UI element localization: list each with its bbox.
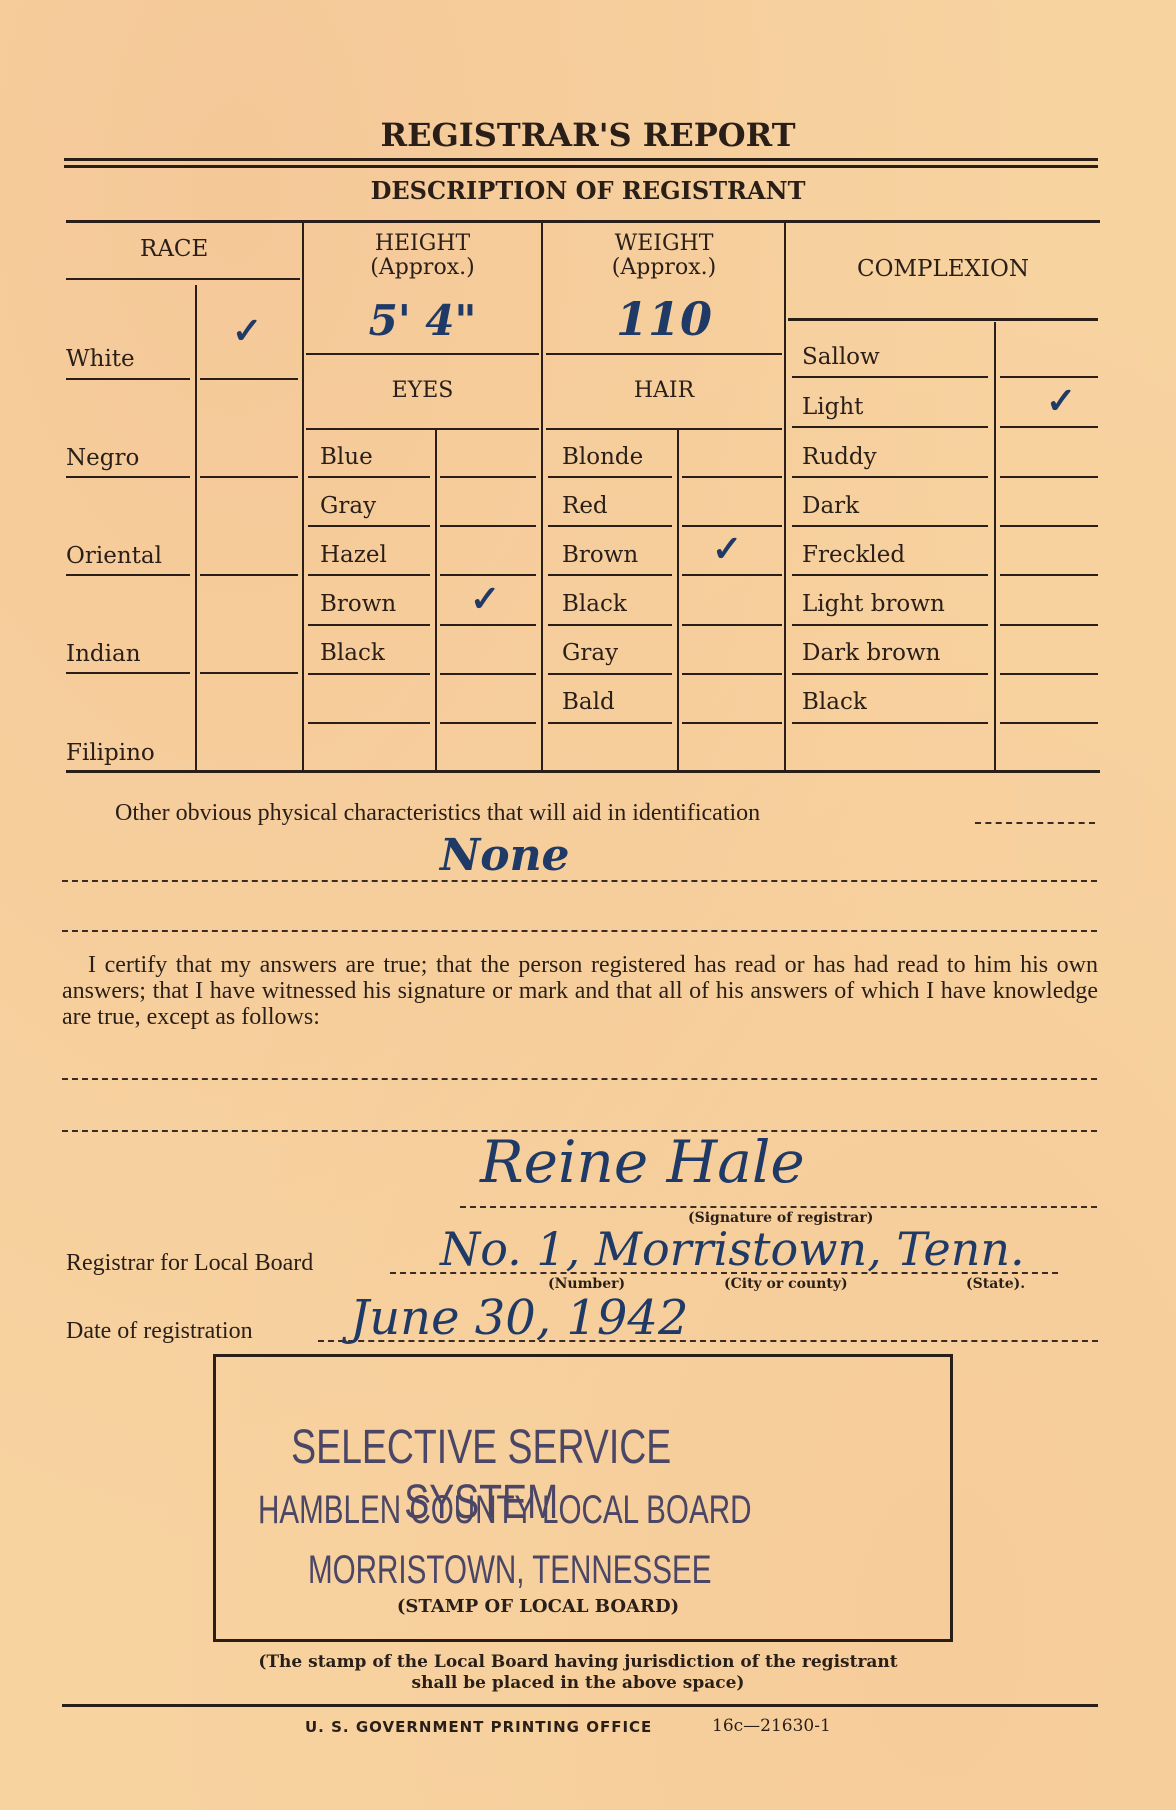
stamp-note-line-2: shall be placed in the above space) — [0, 1673, 1156, 1694]
stamp-line-2: HAMBLEN COUNTY LOCAL BOARD — [258, 1488, 776, 1533]
complexion-light-checkmark: ✓ — [1046, 380, 1076, 422]
hair-option-blonde: Blonde — [562, 444, 643, 470]
hair-option-bald: Bald — [562, 689, 615, 715]
date-label: Date of registration — [66, 1318, 253, 1344]
race-option-indian: Indian — [66, 641, 141, 667]
weight-approx: (Approx.) — [546, 256, 782, 280]
race-white-checkmark: ✓ — [232, 310, 262, 352]
local-board-value: No. 1, Morristown, Tenn. — [440, 1222, 1025, 1276]
race-option-white: White — [66, 346, 135, 372]
complexion-option-dark-brown: Dark brown — [802, 640, 940, 666]
stamp-note-line-1: (The stamp of the Local Board having jur… — [0, 1652, 1156, 1673]
date-value: June 30, 1942 — [350, 1290, 688, 1346]
eyes-option-black: Black — [320, 640, 385, 666]
complexion-option-black: Black — [802, 689, 867, 715]
complexion-option-sallow: Sallow — [802, 344, 880, 370]
other-line-2 — [62, 930, 1097, 932]
certification-text: I certify that my answers are true; that… — [62, 952, 1098, 1030]
height-approx: (Approx.) — [306, 256, 539, 280]
eyes-brown-checkmark: ✓ — [470, 578, 500, 620]
hair-option-brown: Brown — [562, 542, 638, 568]
eyes-heading: EYES — [306, 378, 539, 403]
complexion-option-light-brown: Light brown — [802, 591, 945, 617]
race-option-negro: Negro — [66, 445, 139, 471]
other-line-1 — [62, 880, 1097, 882]
stamp-note: (The stamp of the Local Board having jur… — [0, 1652, 1176, 1694]
complexion-option-dark: Dark — [802, 493, 859, 519]
hair-option-black: Black — [562, 591, 627, 617]
complexion-option-freckled: Freckled — [802, 542, 905, 568]
race-option-oriental: Oriental — [66, 543, 162, 569]
height-value: 5' 4" — [306, 296, 539, 345]
race-option-filipino: Filipino — [66, 740, 155, 766]
eyes-option-gray: Gray — [320, 493, 376, 519]
local-board-label: Registrar for Local Board — [66, 1250, 313, 1276]
section-subtitle: DESCRIPTION OF REGISTRANT — [0, 176, 1176, 205]
city-caption: (City or county) — [724, 1276, 848, 1292]
height-heading-cell: HEIGHT (Approx.) — [306, 232, 539, 280]
height-heading: HEIGHT — [306, 232, 539, 256]
eyes-option-hazel: Hazel — [320, 542, 387, 568]
weight-heading: WEIGHT — [546, 232, 782, 256]
registrar-signature: Reine Hale — [480, 1128, 805, 1196]
weight-heading-cell: WEIGHT (Approx.) — [546, 232, 782, 280]
exceptions-line-1 — [62, 1078, 1097, 1080]
complexion-option-ruddy: Ruddy — [802, 444, 877, 470]
state-caption: (State). — [966, 1276, 1025, 1292]
hair-option-red: Red — [562, 493, 608, 519]
weight-value: 110 — [546, 292, 782, 346]
report-title: REGISTRAR'S REPORT — [0, 116, 1176, 154]
other-characteristics-value: None — [440, 830, 570, 881]
complexion-option-light: Light — [802, 394, 863, 420]
hair-option-gray: Gray — [562, 640, 618, 666]
title-rule-2 — [64, 165, 1098, 168]
race-heading: RACE — [140, 236, 208, 262]
eyes-option-blue: Blue — [320, 444, 373, 470]
eyes-option-brown: Brown — [320, 591, 396, 617]
stamp-line-3: MORRISTOWN, TENNESSEE — [308, 1548, 826, 1593]
form-number: 16c—21630-1 — [712, 1716, 831, 1736]
hair-heading: HAIR — [546, 378, 782, 403]
other-characteristics-label: Other obvious physical characteristics t… — [115, 800, 760, 826]
stamp-caption: (STAMP OF LOCAL BOARD) — [213, 1596, 953, 1617]
printer-credit: U. S. GOVERNMENT PRINTING OFFICE — [305, 1718, 652, 1736]
complexion-heading: COMPLEXION — [788, 256, 1098, 282]
hair-brown-checkmark: ✓ — [712, 528, 742, 570]
title-rule-1 — [64, 158, 1098, 161]
